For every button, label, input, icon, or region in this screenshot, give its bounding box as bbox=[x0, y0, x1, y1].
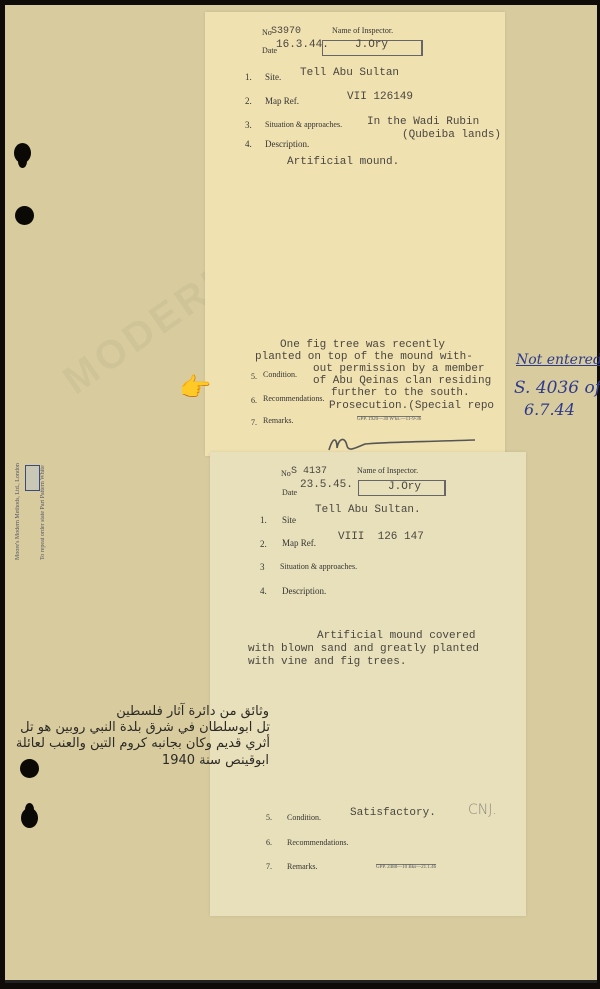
description-line: with vine and fig trees. bbox=[248, 656, 406, 668]
arabic-caption-line: أثري قديم وكان بجانبه كروم التين والعنب … bbox=[16, 736, 270, 752]
condition-line: further to the south. bbox=[331, 387, 470, 399]
field-num: 4. bbox=[260, 586, 267, 596]
inspector-value: J.Ory bbox=[388, 481, 421, 493]
inspection-card-1: No S3970 Name of Inspector. Date 16.3.44… bbox=[205, 12, 505, 456]
recommendations-label: Recommendations. bbox=[287, 838, 349, 847]
handwritten-ref: S. 4036 of bbox=[514, 378, 600, 398]
card-number: S3970 bbox=[271, 26, 301, 37]
punch-hole bbox=[15, 206, 34, 225]
date-value: 23.5.45. bbox=[300, 479, 353, 491]
situation-label: Situation & approaches. bbox=[265, 120, 342, 129]
field-num: 7. bbox=[251, 418, 257, 427]
description-label: Description. bbox=[265, 139, 309, 149]
punch-hole bbox=[21, 808, 38, 828]
inspector-label: Name of Inspector. bbox=[332, 26, 393, 35]
inspector-label: Name of Inspector. bbox=[357, 466, 418, 475]
recommendations-label: Recommendations. bbox=[263, 394, 325, 403]
handwritten-not-entered: Not entered bbox=[516, 352, 600, 368]
description-line: with blown sand and greatly planted bbox=[248, 643, 479, 655]
date-value: 16.3.44. bbox=[276, 39, 329, 51]
field-num: 6. bbox=[266, 838, 272, 847]
signature-icon bbox=[325, 432, 485, 454]
mapref-value: VII 126149 bbox=[347, 91, 413, 103]
condition-value: Satisfactory. bbox=[350, 807, 436, 819]
initials: CNJ. bbox=[468, 802, 497, 818]
site-value: Tell Abu Sultan bbox=[300, 67, 399, 79]
date-label: Date bbox=[262, 46, 277, 55]
field-num: 5. bbox=[251, 372, 257, 381]
situation-label: Situation & approaches. bbox=[280, 562, 357, 571]
field-num: 2. bbox=[245, 96, 252, 106]
remarks-label: Remarks. bbox=[287, 862, 317, 871]
field-num: 1. bbox=[245, 72, 252, 82]
maker-stamp bbox=[25, 465, 40, 491]
reorder-imprint: To repeat order state Part Pattern White bbox=[40, 430, 46, 560]
situation-value-2: (Qubeiba lands) bbox=[402, 129, 501, 141]
mapref-label: Map Ref. bbox=[265, 96, 299, 106]
description-line: Artificial mound covered bbox=[317, 630, 475, 642]
condition-line: One fig tree was recently bbox=[280, 339, 445, 351]
condition-line: of Abu Qeinas clan residing bbox=[313, 375, 491, 387]
inspector-value: J.Ory bbox=[355, 39, 388, 51]
punch-hole bbox=[20, 759, 39, 778]
handwritten-date: 6.7.44 bbox=[524, 400, 575, 419]
condition-label: Condition. bbox=[263, 370, 297, 379]
condition-line: planted on top of the mound with- bbox=[255, 351, 473, 363]
field-num: 3 bbox=[260, 562, 265, 572]
description-label: Description. bbox=[282, 586, 326, 596]
mapref-value: VIII 126 147 bbox=[338, 531, 424, 543]
mapref-label: Map Ref. bbox=[282, 538, 316, 548]
condition-line: Prosecution.(Special repo bbox=[329, 400, 494, 412]
description-value: Artificial mound. bbox=[287, 156, 399, 168]
arabic-caption-line: تل ابوسلطان في شرق بلدة النبي روبين هو ت… bbox=[20, 720, 270, 736]
field-num: 3. bbox=[245, 120, 252, 130]
field-num: 6. bbox=[251, 396, 257, 405]
condition-label: Condition. bbox=[287, 813, 321, 822]
card-number: S 4137 bbox=[291, 466, 327, 477]
arabic-caption-line: وثائق من دائرة آثار فلسطين bbox=[116, 704, 269, 720]
remarks-label: Remarks. bbox=[263, 416, 293, 425]
print-code: GPP. 1920—30 W'ks.—11-9-36 bbox=[357, 416, 421, 422]
pointing-hand-icon: 👉 bbox=[179, 375, 211, 401]
date-label: Date bbox=[282, 488, 297, 497]
field-num: 7. bbox=[266, 862, 272, 871]
site-value: Tell Abu Sultan. bbox=[315, 504, 421, 516]
condition-line: out permission by a member bbox=[313, 363, 485, 375]
site-label: Site. bbox=[265, 72, 281, 82]
situation-value: In the Wadi Rubin bbox=[367, 116, 479, 128]
field-num: 2. bbox=[260, 539, 267, 549]
number-prefix: No bbox=[281, 469, 291, 478]
field-num: 4. bbox=[245, 139, 252, 149]
maker-imprint: Moore's Modern Methods, Ltd., London bbox=[15, 430, 21, 560]
punch-hole bbox=[14, 143, 31, 163]
arabic-caption-line: ابوقينص سنة 1940 bbox=[162, 753, 269, 769]
field-num: 5. bbox=[266, 813, 272, 822]
print-code: GPP. 2488—10 Bks—21.1.46 bbox=[376, 864, 436, 870]
inspection-card-2: No S 4137 Name of Inspector. Date 23.5.4… bbox=[210, 452, 526, 916]
field-num: 1. bbox=[260, 515, 267, 525]
site-label: Site bbox=[282, 515, 296, 525]
